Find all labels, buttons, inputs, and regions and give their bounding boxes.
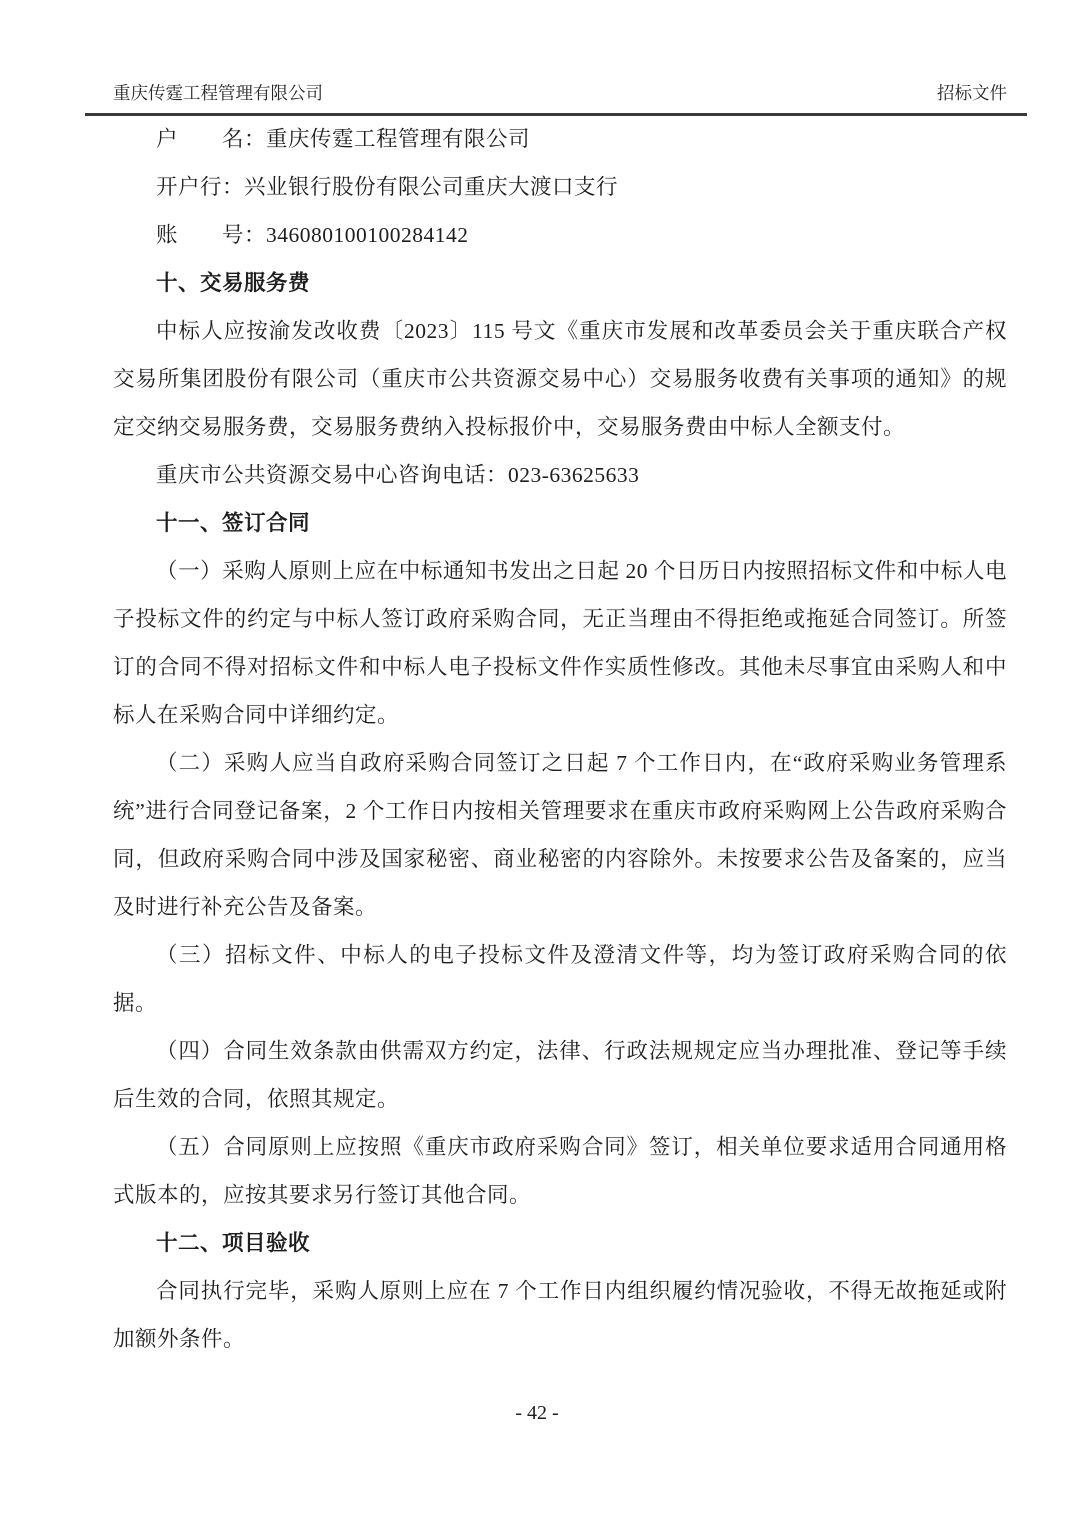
document-body: 户 名：重庆传霆工程管理有限公司 开户行：兴业银行股份有限公司重庆大渡口支行 账…: [113, 115, 1007, 1363]
section-heading-contract-signing: 十一、签订合同: [113, 499, 1007, 547]
transaction-fee-paragraph: 中标人应按渝发改收费〔2023〕115 号文《重庆市发展和改革委员会关于重庆联合…: [113, 307, 1007, 451]
contract-signing-item-5: （五）合同原则上应按照《重庆市政府采购合同》签订，相关单位要求适用合同通用格式版…: [113, 1123, 1007, 1219]
page-header: 重庆传霆工程管理有限公司 招标文件: [113, 82, 1007, 104]
contract-signing-item-4: （四）合同生效条款由供需双方约定，法律、行政法规规定应当办理批准、登记等手续后生…: [113, 1027, 1007, 1123]
consult-phone-line: 重庆市公共资源交易中心咨询电话：023-63625633: [113, 451, 1007, 499]
project-acceptance-paragraph: 合同执行完毕，采购人原则上应在 7 个工作日内组织履约情况验收，不得无故拖延或附…: [113, 1267, 1007, 1363]
page-footer: - 42 -: [0, 1398, 1074, 1428]
section-heading-project-acceptance: 十二、项目验收: [113, 1219, 1007, 1267]
section-heading-transaction-fee: 十、交易服务费: [113, 259, 1007, 307]
contract-signing-item-2: （二）采购人应当自政府采购合同签订之日起 7 个工作日内，在“政府采购业务管理系…: [113, 739, 1007, 931]
header-doc-type: 招标文件: [937, 82, 1007, 104]
bank-line: 开户行：兴业银行股份有限公司重庆大渡口支行: [113, 163, 1007, 211]
page-number: - 42 -: [515, 1402, 558, 1424]
account-number-line: 账 号：346080100100284142: [113, 211, 1007, 259]
contract-signing-item-1: （一）采购人原则上应在中标通知书发出之日起 20 个日历日内按照招标文件和中标人…: [113, 547, 1007, 739]
document-page: 重庆传霆工程管理有限公司 招标文件 户 名：重庆传霆工程管理有限公司 开户行：兴…: [0, 0, 1074, 1520]
account-name-line: 户 名：重庆传霆工程管理有限公司: [113, 115, 1007, 163]
contract-signing-item-3: （三）招标文件、中标人的电子投标文件及澄清文件等，均为签订政府采购合同的依据。: [113, 931, 1007, 1027]
header-company-name: 重庆传霆工程管理有限公司: [113, 82, 323, 104]
